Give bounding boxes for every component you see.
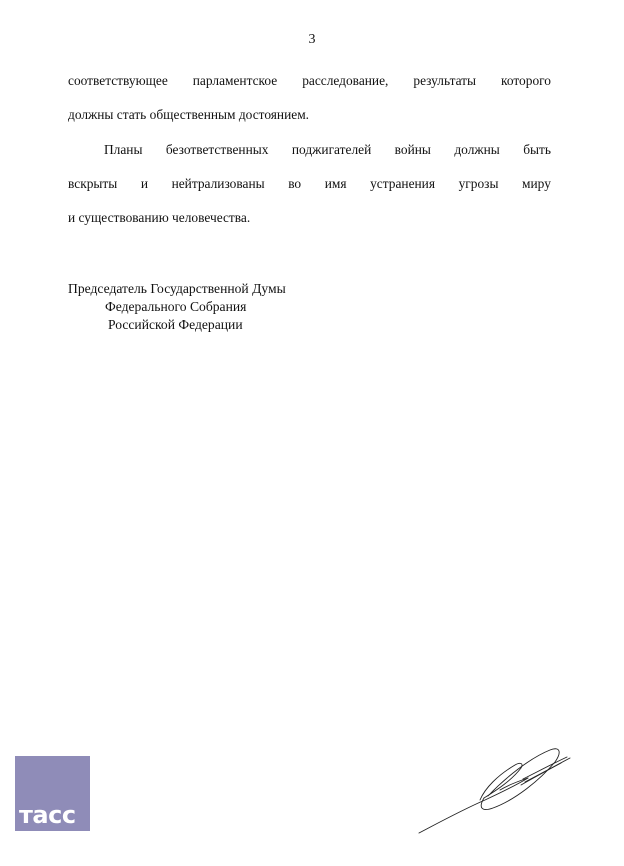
word: парламентское — [193, 72, 277, 89]
word: которого — [501, 72, 551, 89]
word: поджигателей — [292, 141, 371, 158]
signatory-title-line1: Председатель Государственной Думы — [68, 280, 286, 297]
paragraph1-line1: соответствующее парламентское расследова… — [68, 72, 551, 89]
paragraph2-line3: и существованию человечества. — [68, 209, 551, 226]
word: соответствующее — [68, 72, 168, 89]
tass-logo-text: тасс — [19, 802, 76, 828]
word: войны — [395, 141, 431, 158]
word: безответственных — [166, 141, 269, 158]
word: имя — [325, 175, 347, 192]
paragraph2-line1: Планы безответственных поджигателей войн… — [104, 141, 551, 158]
tass-logo: тасс — [15, 756, 90, 831]
word: во — [288, 175, 301, 192]
page-number: 3 — [0, 31, 624, 49]
paragraph2-line2: вскрыты и нейтрализованы во имя устранен… — [68, 175, 551, 192]
word: должны — [454, 141, 499, 158]
word: Планы — [104, 141, 142, 158]
word: нейтрализованы — [172, 175, 265, 192]
word: угрозы — [459, 175, 499, 192]
signatory-title-line3: Российской Федерации — [108, 316, 243, 333]
word: устранения — [370, 175, 435, 192]
handwritten-signature-icon — [410, 735, 590, 845]
signatory-title-line2: Федерального Собрания — [105, 298, 246, 315]
word: результаты — [413, 72, 476, 89]
word: миру — [522, 175, 551, 192]
word: расследование, — [302, 72, 388, 89]
word: вскрыты — [68, 175, 117, 192]
word: быть — [523, 141, 551, 158]
paragraph1-line2: должны стать общественным достоянием. — [68, 106, 551, 123]
word: и — [141, 175, 148, 192]
